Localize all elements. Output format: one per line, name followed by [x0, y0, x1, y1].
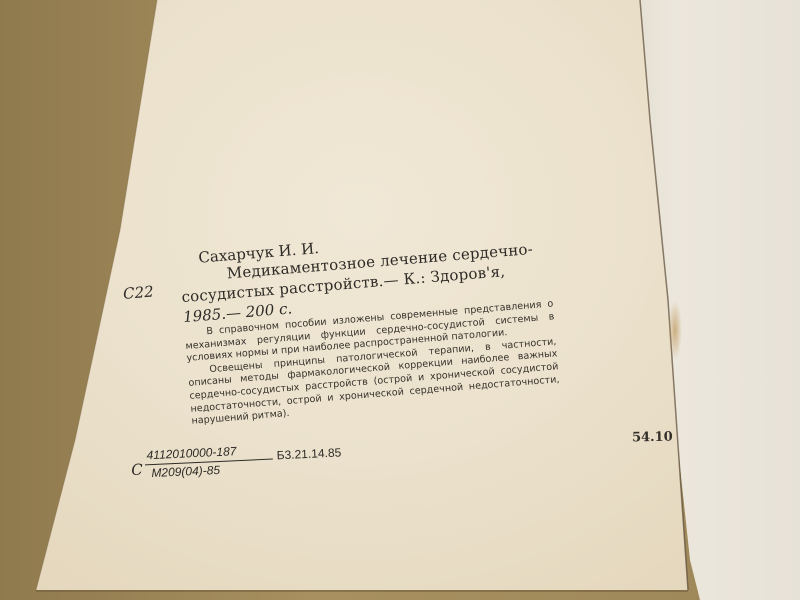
- formula-denominator: М209(04)-85: [151, 463, 220, 480]
- formula-numerator: 4112010000-187: [146, 444, 236, 462]
- class-code: С22: [122, 282, 154, 302]
- udc-code: 54.10: [632, 430, 673, 446]
- formula-prefix: С: [131, 460, 143, 479]
- catalog-card: Сахарчук И. И. С22 Медикаментозное лечен…: [0, 0, 800, 600]
- bbk-code: Б3.21.14.85: [276, 445, 341, 462]
- bibliographic-record: Сахарчук И. И. С22 Медикаментозное лечен…: [120, 217, 588, 255]
